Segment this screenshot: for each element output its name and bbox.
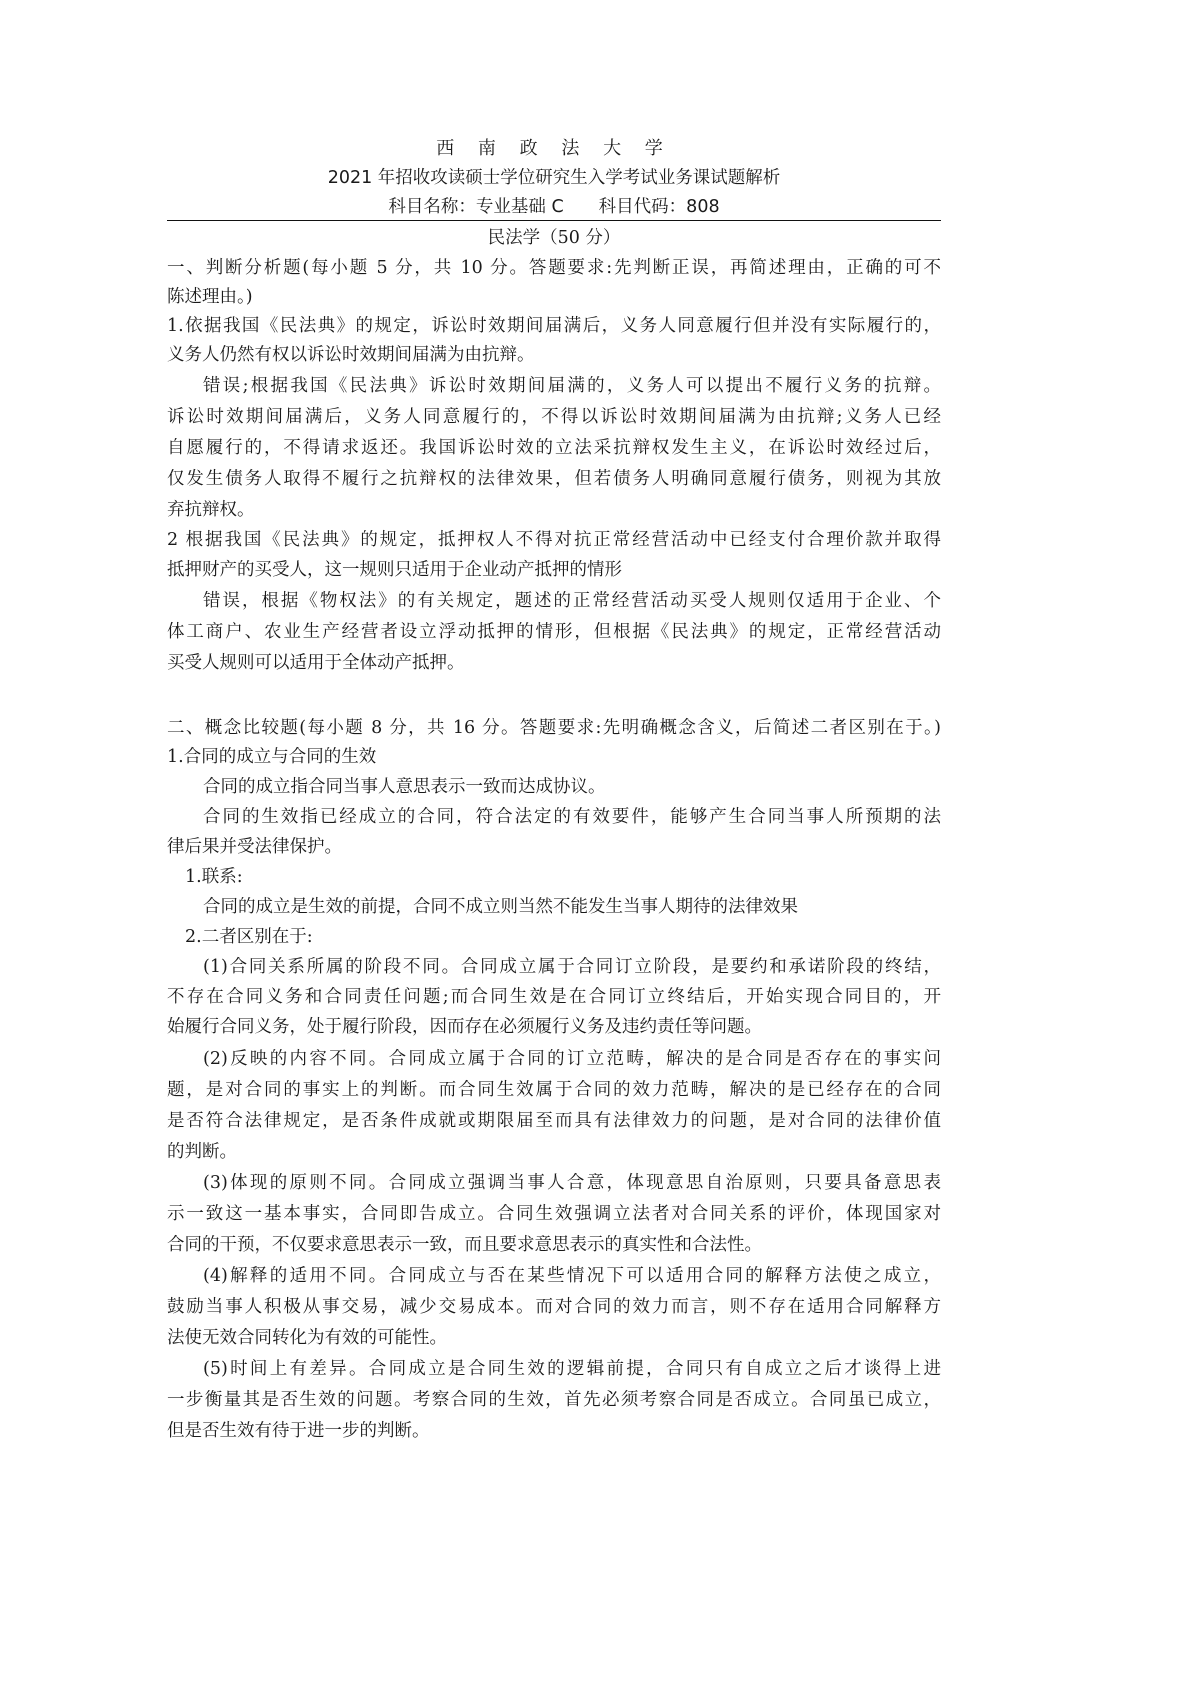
difference-4-line-3: 法使无效合同转化为有效的可能性。 (167, 1327, 941, 1349)
difference-1-line-1: (1)合同关系所属的阶段不同。合同成立属于合同订立阶段，是要约和承诺阶段的终结， (167, 956, 941, 978)
exam-title: 2021 年招收攻读硕士学位研究生入学考试业务课试题解析 (167, 167, 941, 189)
q1-question-line-2: 义务人仍然有权以诉讼时效期间届满为由抗辩。 (167, 344, 941, 366)
difference-3-line-2: 示一致这一基本事实，合同即告成立。合同生效强调立法者对合同关系的评价，体现国家对 (167, 1203, 941, 1225)
difference-3-line-3: 合同的干预，不仅要求意思表示一致，而且要求意思表示的真实性和合法性。 (167, 1234, 941, 1256)
q2-answer-line-3: 买受人规则可以适用于全体动产抵押。 (167, 652, 941, 674)
q2-answer-line-2: 体工商户、农业生产经营者设立浮动抵押的情形，但根据《民法典》的规定，正常经营活动 (167, 621, 941, 643)
difference-5-line-1: (5)时间上有差异。合同成立是合同生效的逻辑前提，合同只有自成立之后才谈得上进 (167, 1358, 941, 1380)
q1-answer-line-5: 弃抗辩权。 (167, 499, 941, 521)
difference-label: 2.二者区别在于: (167, 926, 959, 948)
difference-1-line-2: 不存在合同义务和合同责任问题;而合同生效是在合同订立终结后，开始实现合同目的，开 (167, 986, 941, 1008)
def-formation: 合同的成立指合同当事人意思表示一致而达成协议。 (167, 776, 977, 798)
q2-question-line-1: 2 根据我国《民法典》的规定，抵押权人不得对抗正常经营活动中已经支付合理价款并取… (167, 529, 941, 551)
subject-line: 科目名称：专业基础 C 科目代码：808 (167, 196, 941, 218)
relation-text: 合同的成立是生效的前提，合同不成立则当然不能发生当事人期待的法律效果 (167, 896, 977, 918)
q1-answer-line-2: 诉讼时效期间届满后，义务人同意履行的，不得以诉讼时效期间届满为由抗辩;义务人已经 (167, 406, 941, 428)
q1-question-line-1: 1.依据我国《民法典》的规定，诉讼时效期间届满后，义务人同意履行但并没有实际履行… (167, 315, 941, 337)
university-title: 西 南 政 法 大 学 (167, 138, 941, 160)
difference-1-line-3: 始履行合同义务，处于履行阶段，因而存在必须履行义务及违约责任等问题。 (167, 1016, 941, 1038)
part1-heading-line-2: 陈述理由。) (167, 286, 941, 308)
q2-question-line-2: 抵押财产的买受人，这一规则只适用于企业动产抵押的情形 (167, 559, 941, 581)
relation-label: 1.联系: (167, 866, 959, 888)
part1-heading-line-1: 一、判断分析题(每小题 5 分，共 10 分。答题要求:先判断正误，再简述理由，… (167, 257, 941, 279)
section-title: 民法学（50 分） (167, 227, 941, 249)
difference-2-line-1: (2)反映的内容不同。合同成立属于合同的订立范畴，解决的是合同是否存在的事实问 (167, 1048, 941, 1070)
difference-3-line-1: (3)体现的原则不同。合同成立强调当事人合意，体现意思自治原则，只要具备意思表 (167, 1172, 941, 1194)
q1-answer-line-3: 自愿履行的，不得请求返还。我国诉讼时效的立法采抗辩权发生主义，在诉讼时效经过后， (167, 437, 941, 459)
difference-5-line-2: 一步衡量其是否生效的问题。考察合同的生效，首先必须考察合同是否成立。合同虽已成立… (167, 1389, 941, 1411)
difference-2-line-3: 是否符合法律规定，是否条件成就或期限届至而具有法律效力的问题，是对合同的法律价值 (167, 1110, 941, 1132)
difference-2-line-2: 题，是对合同的事实上的判断。而合同生效属于合同的效力范畴，解决的是已经存在的合同 (167, 1079, 941, 1101)
difference-2-line-4: 的判断。 (167, 1141, 941, 1163)
def-effect-line-2: 律后果并受法律保护。 (167, 836, 941, 858)
difference-4-line-1: (4)解释的适用不同。合同成立与否在某些情况下可以适用合同的解释方法使之成立， (167, 1265, 941, 1287)
q1-answer-line-1: 错误;根据我国《民法典》诉讼时效期间届满的，义务人可以提出不履行义务的抗辩。 (167, 375, 941, 397)
difference-5-line-3: 但是否生效有待于进一步的判断。 (167, 1420, 941, 1442)
part2-q1-title: 1.合同的成立与合同的生效 (167, 746, 941, 768)
q2-answer-line-1: 错误，根据《物权法》的有关规定，题述的正常经营活动买受人规则仅适用于企业、个 (167, 590, 941, 612)
difference-4-line-2: 鼓励当事人积极从事交易，减少交易成本。而对合同的效力而言，则不存在适用合同解释方 (167, 1296, 941, 1318)
q1-answer-line-4: 仅发生债务人取得不履行之抗辩权的法律效果，但若债务人明确同意履行债务，则视为其放 (167, 468, 941, 490)
part2-heading: 二、概念比较题(每小题 8 分，共 16 分。答题要求:先明确概念含义，后简述二… (167, 717, 941, 739)
header-divider (167, 220, 941, 221)
def-effect-line-1: 合同的生效指已经成立的合同，符合法定的有效要件，能够产生合同当事人所预期的法 (167, 806, 941, 828)
